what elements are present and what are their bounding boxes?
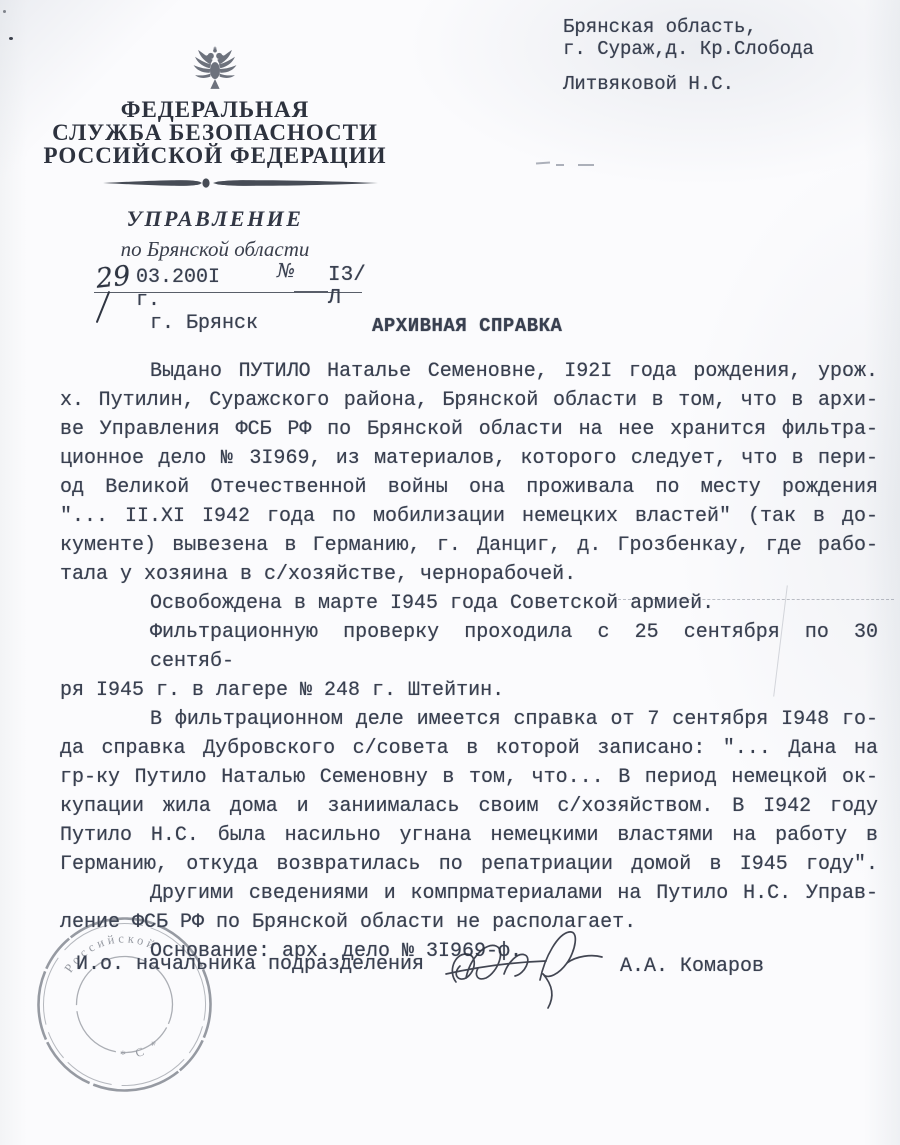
recipient-address: Брянская область, г. Сураж,д. Кр.Слобода… (563, 16, 814, 95)
body-line: "... II.XI I942 года по мобилизации неме… (60, 502, 878, 531)
date-underline (94, 292, 362, 293)
division-region: по Брянской области (40, 237, 390, 262)
handwritten-slash (96, 291, 111, 323)
letterhead: ФЕДЕРАЛЬНАЯ СЛУЖБА БЕЗОПАСНОСТИ РОССИЙСК… (40, 44, 390, 262)
body-line: купации жила дома и заниималась своим с/… (60, 792, 878, 821)
signature-autograph (442, 916, 622, 1016)
svg-text:* С *: * С * (115, 1031, 166, 1068)
svg-text:Российской: Российской (56, 914, 163, 990)
body-line: х. Путилин, Суражского района, Брянской … (60, 386, 878, 415)
body-line: да справка Дубровского с/совета в которо… (60, 734, 878, 763)
org-name-line2: СЛУЖБА БЕЗОПАСНОСТИ (40, 121, 390, 144)
scanned-document-page: ФЕДЕРАЛЬНАЯ СЛУЖБА БЕЗОПАСНОСТИ РОССИЙСК… (0, 0, 900, 1145)
document-body: Выдано ПУТИЛО Наталье Семеновне, I92I го… (60, 357, 878, 966)
body-line: Путило Н.С. была насильно угнана немецки… (60, 821, 878, 850)
scan-speck (9, 37, 13, 40)
scan-speck (3, 10, 6, 13)
document-title: АРХИВНАЯ СПРАВКА (372, 315, 562, 337)
body-line: Другими сведениями и компрматериалами на… (60, 879, 878, 908)
org-name-line1: ФЕДЕРАЛЬНАЯ (40, 98, 390, 121)
number-sign: № (277, 260, 295, 282)
signer-name: А.А. Комаров (620, 955, 764, 978)
ink-smudge (536, 160, 600, 166)
issue-city: г. Брянск (150, 312, 258, 335)
body-line: од Великой Отечественной войны она прожи… (60, 473, 878, 502)
stamp-arc-text-bottom: * С * (115, 1031, 166, 1068)
stamp-arc-text-top: Российской (56, 914, 163, 990)
recipient-region: Брянская область, (563, 16, 814, 38)
body-line: Фильтрационную проверку проходила с 25 с… (60, 618, 878, 676)
paper-crease-horizontal (618, 599, 894, 600)
coat-of-arms-eagle-icon (192, 44, 238, 94)
division-name: УПРАВЛЕНИЕ (40, 206, 390, 232)
handwritten-day: 29 (94, 260, 131, 294)
body-line: Германию, откуда возвратилась по репатри… (60, 850, 878, 879)
body-line: ря I945 г. в лагере № 248 г. Штейтин. (60, 676, 878, 705)
typed-date: 03.200I г. (136, 266, 220, 312)
body-line: Освобождена в марте I945 года Советской … (60, 589, 878, 618)
body-line: ционное дело № 3I969, из материалов, кот… (60, 444, 878, 473)
official-round-stamp: Российской * С * (32, 912, 217, 1097)
number-underline (294, 291, 328, 292)
recipient-name: Литвяковой Н.С. (563, 73, 814, 95)
recipient-town: г. Сураж,д. Кр.Слобода (563, 38, 814, 60)
org-name-line3: РОССИЙСКОЙ ФЕДЕРАЦИИ (40, 144, 390, 167)
body-line: кументе) вывезена в Германию, г. Данциг,… (60, 531, 878, 560)
letterhead-divider (103, 176, 378, 190)
body-line: Выдано ПУТИЛО Наталье Семеновне, I92I го… (60, 357, 878, 386)
reference-number: I3/Л (328, 264, 366, 310)
body-line: тала у хозяина в с/хозяйстве, чернорабоч… (60, 560, 878, 589)
body-line: В фильтрационном деле имеется справка от… (60, 705, 878, 734)
body-line: ве Управления ФСБ РФ по Брянской области… (60, 415, 878, 444)
body-line: гр-ку Путило Наталью Семеновну в том, чт… (60, 763, 878, 792)
